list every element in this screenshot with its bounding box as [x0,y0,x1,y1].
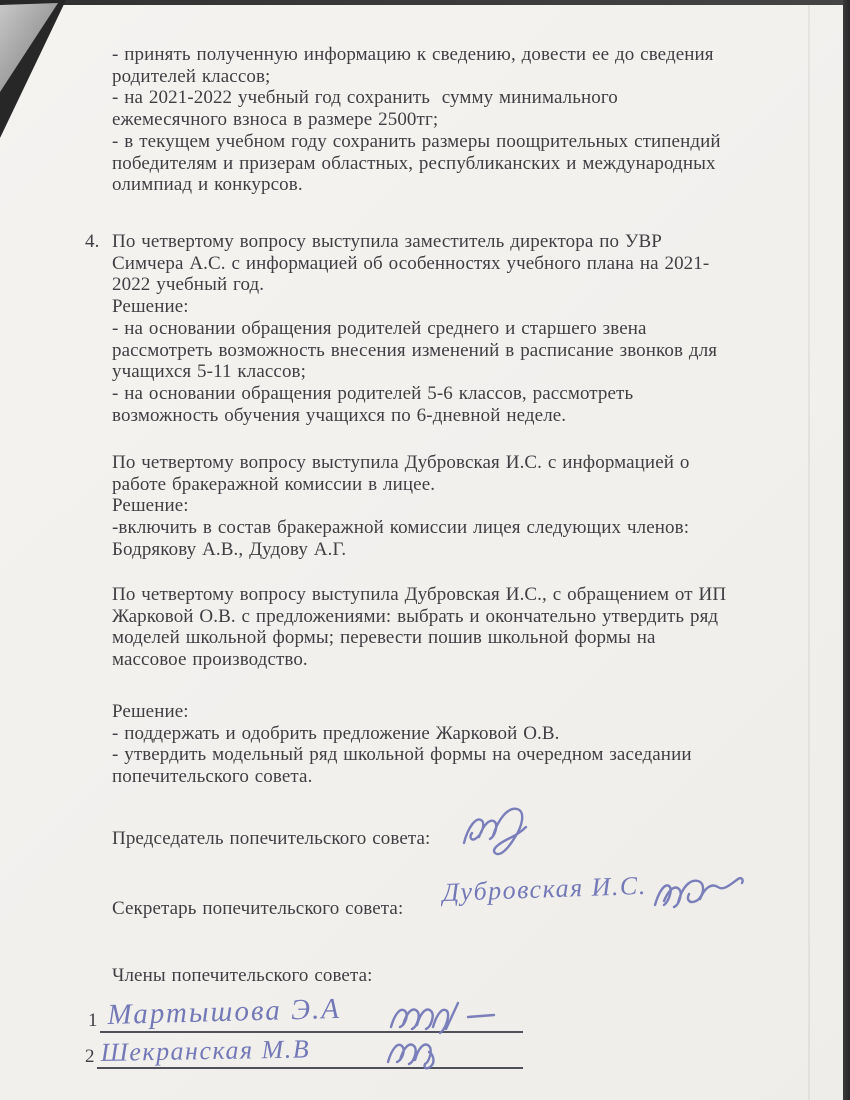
secretary-signature-paraph [650,872,750,916]
text-line: олимпиад и конкурсов. [112,174,721,196]
text-line: Бодрякову А.В., Дудову А.Г. [112,539,689,561]
item-lines: По четвертому вопросу выступила заместит… [112,231,717,426]
text-line: возможность обучения учащихся по 6-дневн… [112,405,717,427]
final-resolution-block: Решение: - поддержать и одобрить предлож… [112,701,692,788]
text-line: массовое производство. [112,649,726,671]
text-line: Жарковой О.В. с предложениями: выбрать и… [112,606,726,628]
scanner-edge-right [843,0,850,1100]
item-number: 4. [85,231,112,426]
text-line: моделей школьной формы; перевести пошив … [112,627,726,649]
text-line: победителям и призерам областных, респуб… [112,153,721,175]
text-line: -включить в состав бракеражной комиссии … [112,517,689,539]
text-line: Решение: [112,701,692,723]
secretary-label: Секретарь попечительского совета: [112,898,403,920]
text-line: Симчера А.С. с информацией об особенност… [112,253,717,275]
chairman-signature-scribble [460,798,560,862]
text-line: родителей классов; [112,66,721,88]
text-line: По четвертому вопросу выступила Дубровск… [112,584,726,606]
text-line: По четвертому вопросу выступила заместит… [112,231,717,253]
text-line: - на основании обращения родителей средн… [112,318,717,340]
member-name-handwritten: Шекранская М.В [100,1034,310,1068]
text-line: - в текущем учебном году сохранить разме… [112,131,721,153]
text-line: - на 2021-2022 учебный год сохранить сум… [112,87,721,109]
text-line: По четвертому вопросу выступила Дубровск… [112,452,689,474]
member-name-handwritten: Мартышова Э.А [107,993,341,1032]
agenda-item-4-block: 4. По четвертому вопросу выступила замес… [85,231,717,426]
text-line: - на основании обращения родителей 5-6 к… [112,383,717,405]
paper-crease-shadow [808,5,810,1100]
text-line: Решение: [112,296,717,318]
text-line: ежемесячного взноса в размере 2500тг; [112,109,721,131]
text-line: - утвердить модельный ряд школьной формы… [112,744,692,766]
member2-signature-paraph [383,1036,483,1070]
scanned-document-page: - принять полученную информацию к сведен… [0,0,850,1100]
resolution-item3-block: - принять полученную информацию к сведен… [112,44,721,196]
text-line: - принять полученную информацию к сведен… [112,44,721,66]
member1-signature-paraph [386,999,531,1035]
text-line: работе бракеражной комиссии в лицее. [112,474,689,496]
chairman-label: Председатель попечительского совета: [112,828,430,850]
text-line: Решение: [112,495,689,517]
member-row-number: 2 [85,1046,95,1068]
text-line: рассмотреть возможность внесения изменен… [112,340,717,362]
agenda-item-4b-block: По четвертому вопросу выступила Дубровск… [112,452,689,561]
text-line: учащихся 5-11 классов; [112,361,717,383]
members-label: Члены попечительского совета: [112,965,373,987]
member-row-number: 1 [88,1010,98,1032]
text-line: 2022 учебный год. [112,274,717,296]
text-line: попечительского совета. [112,766,692,788]
text-line: - поддержать и одобрить предложение Жарк… [112,723,692,745]
agenda-item-4c-block: По четвертому вопросу выступила Дубровск… [112,584,726,671]
